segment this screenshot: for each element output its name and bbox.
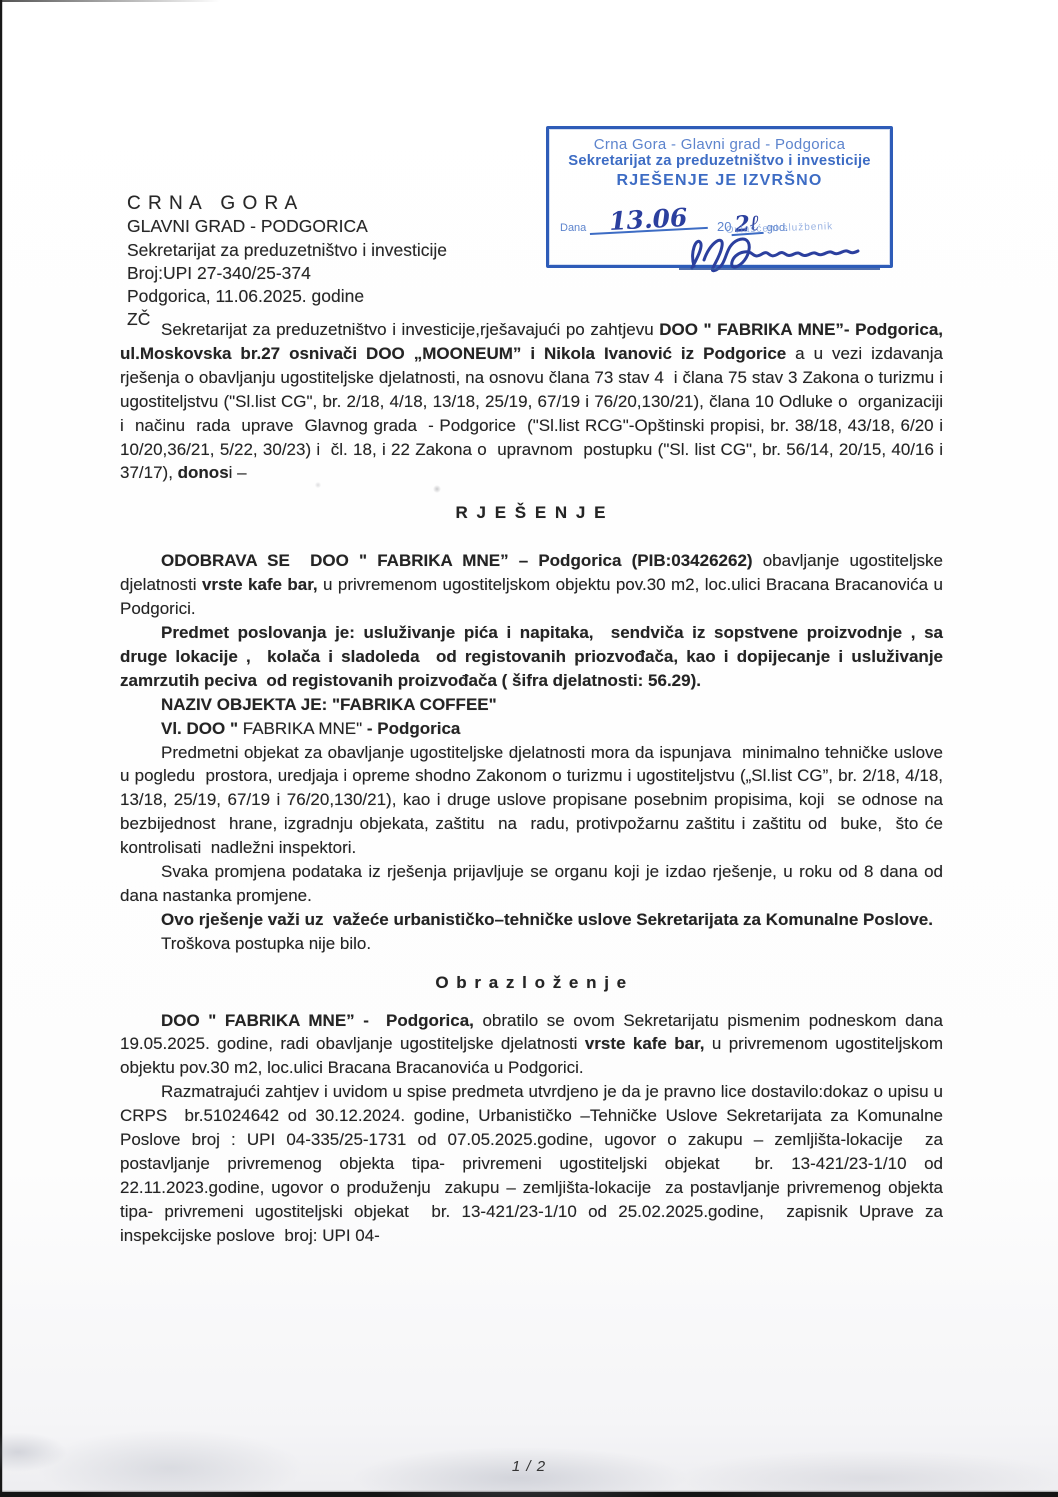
enforceability-stamp: Crna Gora - Glavni grad - Podgorica Sekr…	[546, 126, 893, 268]
para-uslovi: Predmetni objekat za obavljanje ugostite…	[120, 741, 943, 861]
para-podnesak: DOO " FABRIKA MNE” - Podgorica, obratilo…	[120, 1009, 943, 1081]
stamp-line-2: Sekretarijat za preduzetništvo i investi…	[549, 153, 890, 169]
scan-edge-left-artifact	[0, 0, 3, 1497]
letterhead-line-3: Sekretarijat za preduzetništvo i investi…	[127, 239, 447, 262]
scan-edge-bottom-artifact	[0, 1492, 1058, 1497]
document-body: Sekretarijat za preduzetništvo i investi…	[120, 318, 943, 1248]
para-predmet: Predmet poslovanja je: usluživanje pića …	[120, 621, 943, 693]
para-naziv-objekta: NAZIV OBJEKTA JE: "FABRIKA COFFEE"	[120, 693, 943, 717]
para-razmatranje: Razmatrajući zahtjev i uvidom u spise pr…	[120, 1080, 943, 1247]
signature-line	[679, 268, 880, 270]
page-number: 1 / 2	[0, 1458, 1058, 1475]
para-odobrava: ODOBRAVA SE DOO " FABRIKA MNE” – Podgori…	[120, 549, 943, 621]
letterhead-line-4: Broj:UPI 27-340/25-374	[127, 262, 447, 285]
letterhead-line-2: GLAVNI GRAD - PODGORICA	[127, 215, 447, 238]
para-promjena: Svaka promjena podataka iz rješenja prij…	[120, 860, 943, 908]
scan-edge-top-artifact	[0, 0, 220, 2]
para-troskovi: Troškova postupka nije bilo.	[120, 932, 943, 956]
para-vlasnik: Vl. DOO " FABRIKA MNE" - Podgorica	[120, 717, 943, 741]
scanned-document-page: C R N A G O R AGLAVNI GRAD - PODGORICASe…	[0, 0, 1058, 1497]
letterhead-line-5: Podgorica, 11.06.2025. godine	[127, 285, 447, 308]
letterhead-line-1: C R N A G O R A	[127, 192, 447, 215]
para-vazenje: Ovo rješenje važi uz važeće urbanističko…	[120, 908, 943, 932]
stamp-date-label: Dana	[560, 222, 586, 234]
heading-obrazlozenje: O b r a z l o ž e n j e	[120, 971, 943, 995]
letterhead: C R N A G O R AGLAVNI GRAD - PODGORICASe…	[127, 192, 447, 332]
heading-rjesenje: R J E Š E N J E	[120, 501, 943, 525]
para-uvod: Sekretarijat za preduzetništvo i investi…	[120, 318, 943, 485]
stamp-line-1: Crna Gora - Glavni grad - Podgorica	[549, 136, 890, 153]
stamp-line-3: RJEŠENJE JE IZVRŠNO	[549, 172, 890, 190]
stamp-signature-area: Ovlašćeni službenik	[677, 223, 882, 270]
